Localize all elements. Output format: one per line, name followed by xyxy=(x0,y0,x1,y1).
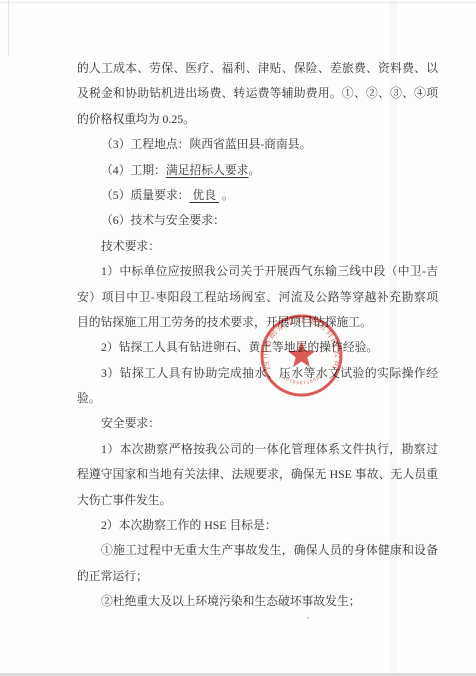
scan-edge-left xyxy=(8,0,9,56)
text-line: 1）中标单位应按照我公司关于开展西气东输三线中段（中卫-吉 xyxy=(77,259,438,284)
text-line: ①施工过程中无重大生产事故发生，确保人员的身体健康和设备 xyxy=(77,538,438,563)
text-segment: 。 xyxy=(248,163,260,177)
document-body-text: 的人工成本、劳保、医疗、福利、津贴、保险、差旅费、资料费、以及税金和协助钻机进出… xyxy=(77,56,438,615)
underlined-text: 满足招标人要求 xyxy=(166,163,249,177)
text-segment: 。 xyxy=(219,188,234,202)
text-segment: （5）质量要求： xyxy=(101,188,189,202)
scan-edge-top xyxy=(0,2,476,3)
scanned-document-page: 的人工成本、劳保、医疗、福利、津贴、保险、差旅费、资料费、以及税金和协助钻机进出… xyxy=(0,0,476,676)
text-line: 及税金和协助钻机进出场费、转运费等辅助费用。①、②、③、④项 xyxy=(77,81,438,106)
text-line: 1）本次勘察严格按我公司的一体化管理体系文件执行，勘察过 xyxy=(77,437,438,462)
text-line: 的价格权重均为 0.25。 xyxy=(77,107,438,132)
text-line: 的正常运行； xyxy=(77,564,438,589)
text-line: 的人工成本、劳保、医疗、福利、津贴、保险、差旅费、资料费、以 xyxy=(77,56,438,81)
text-line: 验。 xyxy=(77,386,438,411)
text-line: 3）钻探工人具有协助完成抽水、压水等水文试验的实际操作经 xyxy=(77,361,438,386)
text-line: 程遵守国家和当地有关法律、法规要求，确保无 HSE 事故、无人员重 xyxy=(77,462,438,487)
text-line: 目的钻探施工用工劳务的技术要求，开展项目钻探施工。 xyxy=(77,310,438,335)
scan-speckle xyxy=(307,617,309,619)
text-line: 大伤亡事件发生。 xyxy=(77,488,438,513)
text-line: 安）项目中卫-枣阳段工程站场阀室、河流及公路等穿越补充勘察项 xyxy=(77,285,438,310)
text-line: （5）质量要求： 优良 。 xyxy=(77,183,438,208)
text-line: 2）钻探工人具有钻进卵石、黄土等地层的操作经验。 xyxy=(77,335,438,360)
text-line: 2）本次勘察工作的 HSE 目标是： xyxy=(77,513,438,538)
underlined-text: 优良 xyxy=(189,188,219,202)
text-segment: （4）工期： xyxy=(101,163,166,177)
text-line: （6）技术与安全要求： xyxy=(77,208,438,233)
text-line: （3）工程地点：陕西省蓝田县-商南县。 xyxy=(77,132,438,157)
text-line: （4）工期：满足招标人要求。 xyxy=(77,158,438,183)
text-line: 技术要求： xyxy=(77,234,438,259)
text-line: ②杜绝重大及以上环境污染和生态破坏事故发生； xyxy=(77,589,438,614)
text-line: 安全要求： xyxy=(77,411,438,436)
